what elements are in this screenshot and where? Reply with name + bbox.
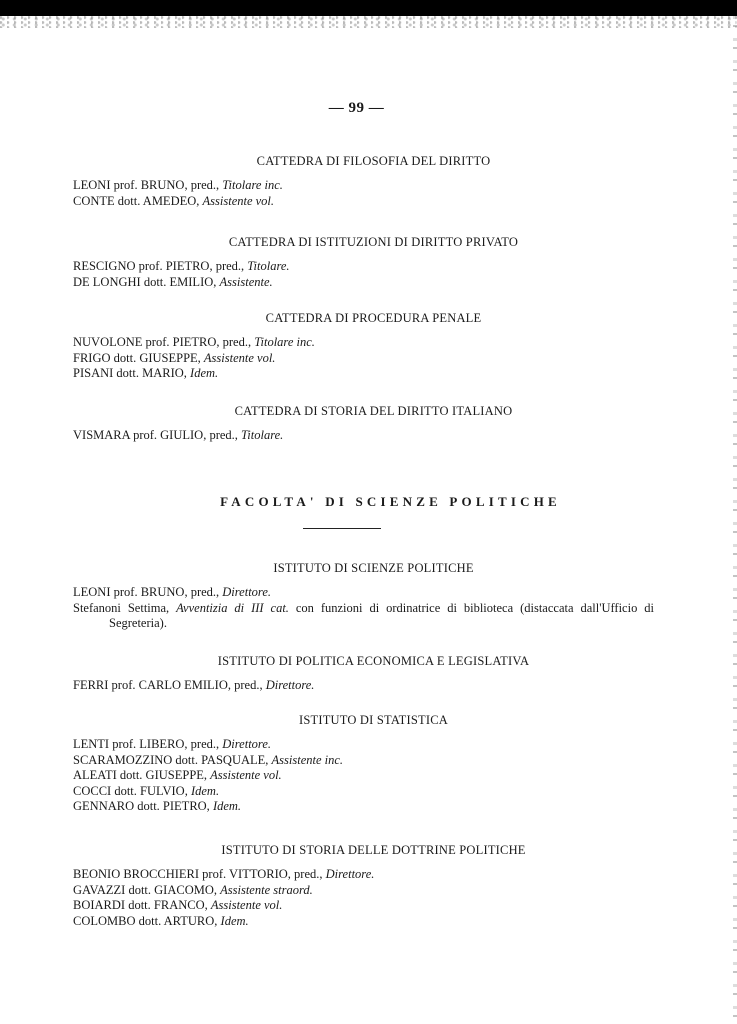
entry-role: Avventizia di III cat. [176, 601, 289, 615]
institute-entries-statistica: LENTI prof. LIBERO, pred., Direttore. SC… [73, 737, 618, 815]
entry-name: Stefanoni Settima, [73, 601, 176, 615]
institute-heading-statistica: ISTITUTO DI STATISTICA [0, 713, 713, 728]
entry-role: Assistente vol. [210, 768, 282, 782]
entry: DE LONGHI dott. EMILIO, Assistente. [73, 275, 618, 291]
page-number: — 99 — [0, 100, 713, 117]
entry-name: NUVOLONE prof. PIETRO, pred., [73, 335, 254, 349]
entry-role: Idem. [213, 799, 241, 813]
entry-name: CONTE dott. AMEDEO, [73, 194, 203, 208]
entry-role: Idem. [221, 914, 249, 928]
entry-name: GENNARO dott. PIETRO, [73, 799, 213, 813]
entry: GENNARO dott. PIETRO, Idem. [73, 799, 618, 815]
institute-heading-scienze-politiche: ISTITUTO DI SCIENZE POLITICHE [0, 561, 713, 576]
scan-top-border [0, 0, 737, 16]
divider-rule [303, 528, 381, 529]
section-heading-filosofia: CATTEDRA DI FILOSOFIA DEL DIRITTO [0, 154, 713, 169]
entry-name: DE LONGHI dott. EMILIO, [73, 275, 220, 289]
entry-role: Assistente vol. [203, 194, 275, 208]
entry-name: FRIGO dott. GIUSEPPE, [73, 351, 204, 365]
section-heading-storia-diritto: CATTEDRA DI STORIA DEL DIRITTO ITALIANO [0, 404, 713, 419]
entry: GAVAZZI dott. GIACOMO, Assistente straor… [73, 883, 618, 899]
entry-name: LEONI prof. BRUNO, pred., [73, 178, 222, 192]
entry-role: Titolare. [241, 428, 283, 442]
entry: VISMARA prof. GIULIO, pred., Titolare. [73, 428, 618, 444]
entry: FERRI prof. CARLO EMILIO, pred., Diretto… [73, 678, 618, 694]
entry-role: Direttore. [266, 678, 315, 692]
entry-role: Idem. [191, 784, 219, 798]
entry-name: GAVAZZI dott. GIACOMO, [73, 883, 220, 897]
entry-role: Direttore. [326, 867, 375, 881]
faculty-title: FACOLTA' DI SCIENZE POLITICHE [0, 494, 737, 510]
institute-entries-scienze-politiche: LEONI prof. BRUNO, pred., Direttore. Ste… [73, 585, 618, 632]
entry: SCARAMOZZINO dott. PASQUALE, Assistente … [73, 753, 618, 769]
entry-name: VISMARA prof. GIULIO, pred., [73, 428, 241, 442]
entry: FRIGO dott. GIUSEPPE, Assistente vol. [73, 351, 618, 367]
entry-role: Assistente straord. [220, 883, 313, 897]
entry-name: ALEATI dott. GIUSEPPE, [73, 768, 210, 782]
entry-role: Assistente vol. [211, 898, 283, 912]
entry-role: Titolare inc. [254, 335, 315, 349]
entry-role: Titolare inc. [222, 178, 283, 192]
entry: NUVOLONE prof. PIETRO, pred., Titolare i… [73, 335, 618, 351]
entry-role: Titolare. [247, 259, 289, 273]
scan-right-edge [733, 16, 737, 1024]
section-entries-istituzioni: RESCIGNO prof. PIETRO, pred., Titolare. … [73, 259, 618, 290]
entry-name: LENTI prof. LIBERO, pred., [73, 737, 222, 751]
entry-name: COCCI dott. FULVIO, [73, 784, 191, 798]
entry-role: Assistente inc. [272, 753, 344, 767]
entry-name: LEONI prof. BRUNO, pred., [73, 585, 222, 599]
entry-role: Assistente. [220, 275, 273, 289]
entry: BEONIO BROCCHIERI prof. VITTORIO, pred.,… [73, 867, 618, 883]
entry: LEONI prof. BRUNO, pred., Titolare inc. [73, 178, 618, 194]
institute-entries-politica-economica: FERRI prof. CARLO EMILIO, pred., Diretto… [73, 678, 618, 694]
scan-noise [0, 16, 737, 28]
entry-role: Assistente vol. [204, 351, 276, 365]
entry-name: SCARAMOZZINO dott. PASQUALE, [73, 753, 272, 767]
entry: Stefanoni Settima, Avventizia di III cat… [73, 601, 654, 632]
institute-heading-politica-economica: ISTITUTO DI POLITICA ECONOMICA E LEGISLA… [0, 654, 713, 669]
section-heading-procedura-penale: CATTEDRA DI PROCEDURA PENALE [0, 311, 713, 326]
entry: LENTI prof. LIBERO, pred., Direttore. [73, 737, 618, 753]
entry: LEONI prof. BRUNO, pred., Direttore. [73, 585, 618, 601]
entry-name: COLOMBO dott. ARTURO, [73, 914, 221, 928]
entry-name: RESCIGNO prof. PIETRO, pred., [73, 259, 247, 273]
entry-role: Direttore. [222, 585, 271, 599]
entry: CONTE dott. AMEDEO, Assistente vol. [73, 194, 618, 210]
entry: BOIARDI dott. FRANCO, Assistente vol. [73, 898, 618, 914]
entry: PISANI dott. MARIO, Idem. [73, 366, 618, 382]
entry: ALEATI dott. GIUSEPPE, Assistente vol. [73, 768, 618, 784]
institute-entries-storia-dottrine: BEONIO BROCCHIERI prof. VITTORIO, pred.,… [73, 867, 618, 929]
section-heading-istituzioni: CATTEDRA DI ISTITUZIONI DI DIRITTO PRIVA… [0, 235, 713, 250]
entry-name: PISANI dott. MARIO, [73, 366, 190, 380]
entry-name: BEONIO BROCCHIERI prof. VITTORIO, pred., [73, 867, 326, 881]
entry-role: Idem. [190, 366, 218, 380]
entry-role: Direttore. [222, 737, 271, 751]
entry: RESCIGNO prof. PIETRO, pred., Titolare. [73, 259, 618, 275]
entry-name: BOIARDI dott. FRANCO, [73, 898, 211, 912]
entry: COCCI dott. FULVIO, Idem. [73, 784, 618, 800]
entry: COLOMBO dott. ARTURO, Idem. [73, 914, 618, 930]
section-entries-procedura-penale: NUVOLONE prof. PIETRO, pred., Titolare i… [73, 335, 618, 382]
section-entries-filosofia: LEONI prof. BRUNO, pred., Titolare inc. … [73, 178, 618, 209]
entry-name: FERRI prof. CARLO EMILIO, pred., [73, 678, 266, 692]
section-entries-storia-diritto: VISMARA prof. GIULIO, pred., Titolare. [73, 428, 618, 444]
institute-heading-storia-dottrine: ISTITUTO DI STORIA DELLE DOTTRINE POLITI… [0, 843, 713, 858]
